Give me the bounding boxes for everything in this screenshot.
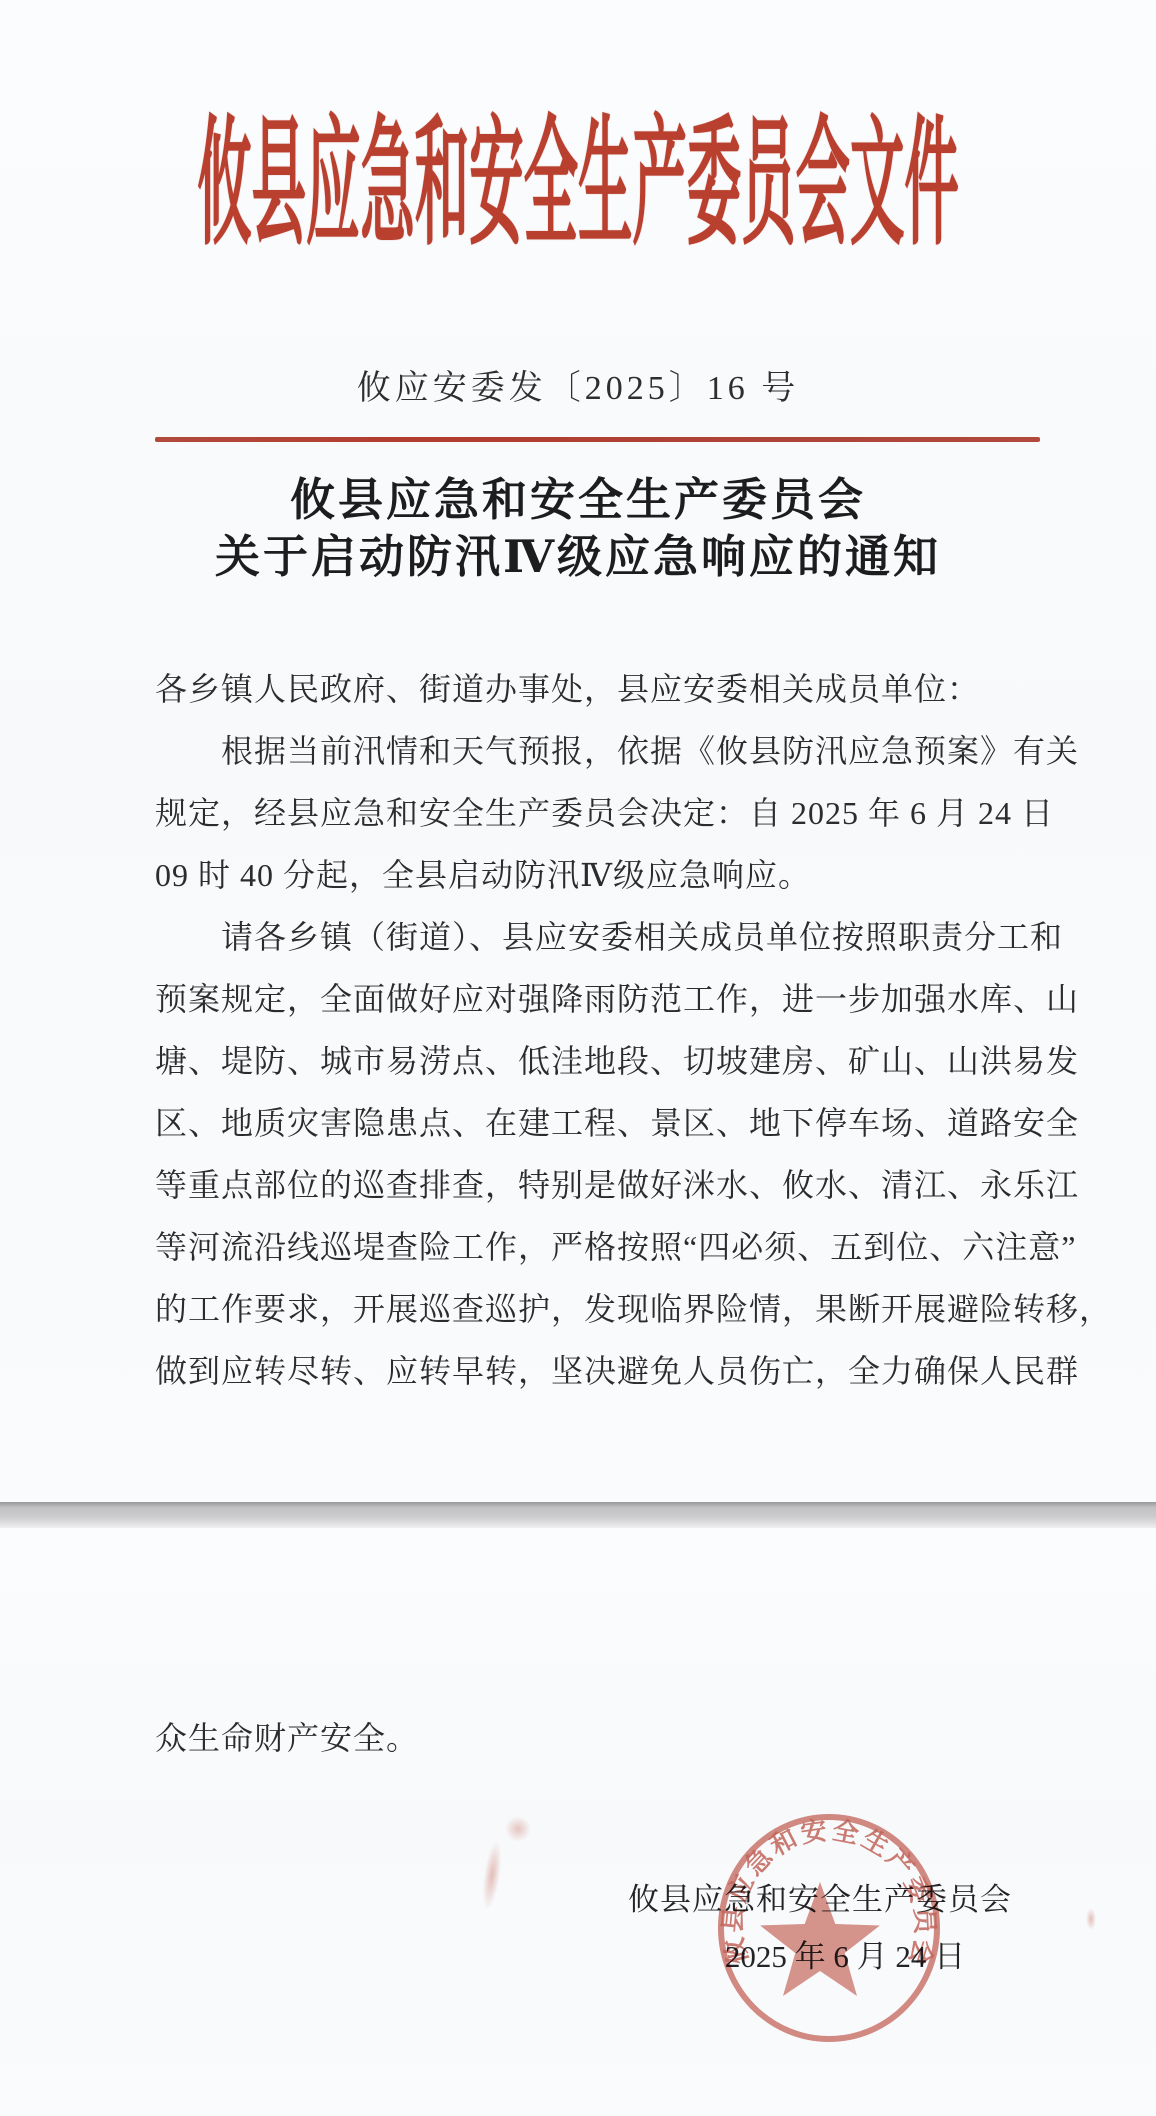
body-line: 的工作要求，开展巡查巡护，发现临界险情，果断开展避险转移， [155,1278,1030,1340]
letterhead-title: 攸县应急和安全生产委员会文件 [197,116,959,256]
body-line: 各乡镇人民政府、街道办事处，县应安委相关成员单位： [155,658,1030,720]
body-line: 等河流沿线巡堤查险工作，严格按照“四必须、五到位、六注意” [155,1216,1030,1278]
page-2: 众生命财产安全。 攸县应急和安全生产委员会 2025 年 6 月 24 日 攸县… [0,1528,1156,2116]
page-1: 攸县应急和安全生产委员会文件 攸应安委发〔2025〕16 号 攸县应急和安全生产… [0,0,1156,1502]
body-line: 等重点部位的巡查排查，特别是做好洣水、攸水、清江、永乐江 [155,1154,1030,1216]
body-line: 区、地质灾害隐患点、在建工程、景区、地下停车场、道路安全 [155,1092,1030,1154]
red-divider-line [155,437,1040,442]
body-continuation-line: 众生命财产安全。 [155,1716,419,1760]
body-line: 做到应转尽转、应转早转，坚决避免人员伤亡，全力确保人民群 [155,1340,1030,1402]
body-line: 请各乡镇（街道）、县应安委相关成员单位按照职责分工和 [155,906,1030,968]
body-line: 09 时 40 分起，全县启动防汛Ⅳ级应急响应。 [155,844,1030,906]
ink-smudge [1086,1908,1096,1930]
body-line: 塘、堤防、城市易涝点、低洼地段、切坡建房、矿山、山洪易发 [155,1030,1030,1092]
ink-smudge [479,1839,505,1911]
issue-date: 2025 年 6 月 24 日 [650,1937,1040,1977]
document-number: 攸应安委发〔2025〕16 号 [0,368,1156,410]
signature-org: 攸县应急和安全生产委员会 [620,1880,1020,1920]
notice-title-line-1: 攸县应急和安全生产委员会 [0,472,1156,529]
body-line: 根据当前汛情和天气预报，依据《攸县防汛应急预案》有关 [155,720,1030,782]
body-text: 各乡镇人民政府、街道办事处，县应安委相关成员单位： 根据当前汛情和天气预报，依据… [155,658,1030,1402]
body-line: 预案规定，全面做好应对强降雨防范工作，进一步加强水库、山 [155,968,1030,1030]
notice-title: 攸县应急和安全生产委员会 关于启动防汛Ⅳ级应急响应的通知 [0,472,1156,586]
seal-ring [721,1817,937,2039]
body-line: 规定，经县应急和安全生产委员会决定：自 2025 年 6 月 24 日 [155,782,1030,844]
red-letterhead: 攸县应急和安全生产委员会文件 [0,146,1156,226]
official-seal-stamp: 攸县应急和安全生产委员会 [714,1811,944,2045]
page-break-band [0,1502,1156,1528]
document-scan: 攸县应急和安全生产委员会文件 攸应安委发〔2025〕16 号 攸县应急和安全生产… [0,0,1156,2116]
notice-title-line-2: 关于启动防汛Ⅳ级应急响应的通知 [0,529,1156,586]
ink-smudge [505,1816,531,1842]
